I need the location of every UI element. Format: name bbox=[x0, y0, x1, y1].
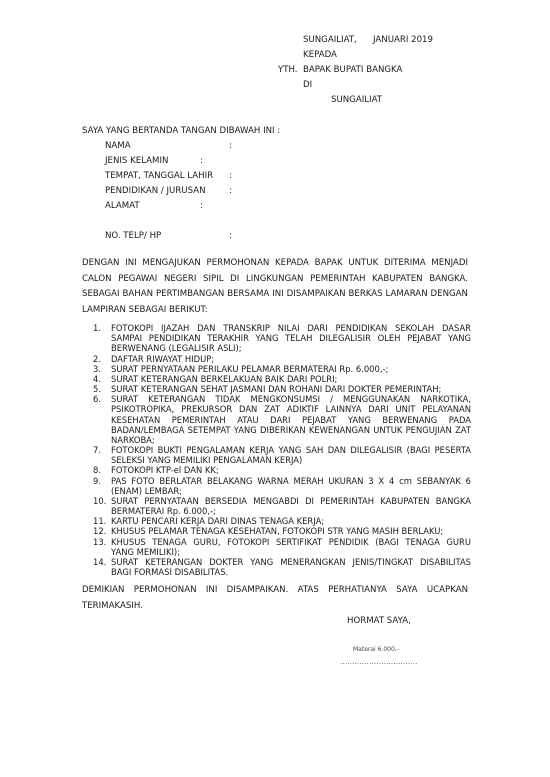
stamp-note: Materai 6.000,- bbox=[353, 646, 399, 653]
signature-line: ................................ bbox=[340, 658, 418, 666]
attachment-number: 9. bbox=[93, 476, 101, 486]
attachment-item: 9.PAS FOTO BERLATAR BELAKANG WARNA MERAH… bbox=[93, 476, 471, 496]
attachment-line: BAGI FORMASI DISABILITAS. bbox=[111, 567, 471, 577]
attachment-line: FOTOKOPI BUKTI PENGALAMAN KERJA YANG SAH… bbox=[111, 445, 471, 455]
attachment-item: 6.SURAT KETERANGAN TIDAK MENGKONSUMSI / … bbox=[93, 394, 471, 445]
recipient-city: SUNGAILIAT bbox=[331, 93, 382, 108]
attachment-number: 5. bbox=[93, 384, 101, 394]
attachment-item: 12.KHUSUS PELAMAR TENAGA KESEHATAN, FOTO… bbox=[93, 526, 471, 536]
attachment-text: KHUSUS PELAMAR TENAGA KESEHATAN, FOTOKOP… bbox=[111, 526, 471, 536]
field-sep: : bbox=[229, 229, 232, 244]
attachment-line: BERWENANG (LEGALISIR ASLI); bbox=[111, 343, 471, 353]
attachment-number: 4. bbox=[93, 374, 101, 384]
closing-line: TERIMAKASIH. bbox=[82, 599, 468, 615]
attachment-line: SURAT PERNYATAAN PERILAKU PELAMAR BERMAT… bbox=[111, 364, 471, 374]
attachment-line: SURAT KETERANGAN BERKELAKUAN BAIK DARI P… bbox=[111, 374, 471, 384]
to-label: KEPADA bbox=[303, 48, 337, 63]
attachment-line: KARTU PENCARI KERJA DARI DINAS TENAGA KE… bbox=[111, 516, 471, 526]
body-line: SEBAGAI BAHAN PERTIMBANGAN BERSAMA INI D… bbox=[82, 287, 468, 303]
attachment-line: BERMATERAI Rp. 6.000,-; bbox=[111, 506, 471, 516]
body-line: CALON PEGAWAI NEGERI SIPIL DI LINGKUNGAN… bbox=[82, 272, 468, 288]
place-date: SUNGAILIAT, bbox=[303, 33, 357, 48]
attachment-number: 1. bbox=[93, 323, 101, 333]
attachment-item: 14.SURAT KETERANGAN DOKTER YANG MENERANG… bbox=[93, 557, 471, 577]
field-sep: : bbox=[229, 169, 232, 184]
field-label-gender: JENIS KELAMIN bbox=[105, 154, 168, 169]
body-line: LAMPIRAN SEBAGAI BERIKUT: bbox=[82, 303, 468, 319]
attachment-line: SURAT KETERANGAN SEHAT JASMANI DAN ROHAN… bbox=[111, 384, 471, 394]
attachment-number: 6. bbox=[93, 394, 101, 404]
field-sep: : bbox=[229, 184, 232, 199]
attachment-number: 12. bbox=[93, 526, 106, 536]
attachment-line: SURAT PERNYATAAN BERSEDIA MENGABDI DI PE… bbox=[111, 496, 471, 506]
attachment-text: FOTOKOPI KTP-el DAN KK; bbox=[111, 465, 471, 475]
attachment-line: PSIKOTROPIKA, PREKURSOR DAN ZAT ADIKTIF … bbox=[111, 404, 471, 414]
attachment-text: PAS FOTO BERLATAR BELAKANG WARNA MERAH U… bbox=[111, 476, 471, 496]
attachment-item: 5.SURAT KETERANGAN SEHAT JASMANI DAN ROH… bbox=[93, 384, 471, 394]
field-sep: : bbox=[200, 154, 203, 169]
attachment-text: DAFTAR RIWAYAT HIDUP; bbox=[111, 354, 471, 364]
attachment-item: 8.FOTOKOPI KTP-el DAN KK; bbox=[93, 465, 471, 475]
attachments-list: 1.FOTOKOPI IJAZAH DAN TRANSKRIP NILAI DA… bbox=[93, 323, 471, 577]
attachment-line: NARKOBA; bbox=[111, 435, 471, 445]
attachment-line: YANG MEMILIKI); bbox=[111, 547, 471, 557]
attachment-item: 1.FOTOKOPI IJAZAH DAN TRANSKRIP NILAI DA… bbox=[93, 323, 471, 354]
attachment-number: 8. bbox=[93, 465, 101, 475]
attachment-item: 11.KARTU PENCARI KERJA DARI DINAS TENAGA… bbox=[93, 516, 471, 526]
body-line: DENGAN INI MENGAJUKAN PERMOHONAN KEPADA … bbox=[82, 256, 468, 272]
attachment-text: FOTOKOPI BUKTI PENGALAMAN KERJA YANG SAH… bbox=[111, 445, 471, 465]
attachment-number: 13. bbox=[93, 537, 106, 547]
attachment-item: 7.FOTOKOPI BUKTI PENGALAMAN KERJA YANG S… bbox=[93, 445, 471, 465]
attachment-number: 11. bbox=[93, 516, 106, 526]
attachment-line: FOTOKOPI IJAZAH DAN TRANSKRIP NILAI DARI… bbox=[111, 323, 471, 333]
attachment-text: SURAT KETERANGAN SEHAT JASMANI DAN ROHAN… bbox=[111, 384, 471, 394]
yth-label: YTH. bbox=[278, 63, 298, 78]
attachment-text: SURAT KETERANGAN DOKTER YANG MENERANGKAN… bbox=[111, 557, 471, 577]
closing-paragraph: DEMIKIAN PERMOHONAN INI DISAMPAIKAN. ATA… bbox=[82, 583, 468, 614]
field-sep: : bbox=[200, 199, 203, 214]
attachment-item: 13.KHUSUS TENAGA GURU, FOTOKOPI SERTIFIK… bbox=[93, 537, 471, 557]
attachment-number: 7. bbox=[93, 445, 101, 455]
attachment-number: 14. bbox=[93, 557, 106, 567]
attachment-text: SURAT KETERANGAN BERKELAKUAN BAIK DARI P… bbox=[111, 374, 471, 384]
field-label-birth: TEMPAT, TANGGAL LAHIR bbox=[105, 169, 213, 184]
attachment-text: KARTU PENCARI KERJA DARI DINAS TENAGA KE… bbox=[111, 516, 471, 526]
attachment-line: KESEHATAN PEMERINTAH ATAU DARI PEJABAT Y… bbox=[111, 415, 471, 425]
attachment-number: 3. bbox=[93, 364, 101, 374]
attachment-line: SELEKSI YANG MEMILIKI PENGALAMAN KERJA) bbox=[111, 455, 471, 465]
di-label: DI bbox=[303, 78, 312, 93]
recipient: BAPAK BUPATI BANGKA bbox=[303, 63, 402, 78]
attachment-number: 10. bbox=[93, 496, 106, 506]
attachment-text: KHUSUS TENAGA GURU, FOTOKOPI SERTIFIKAT … bbox=[111, 537, 471, 557]
attachment-line: (ENAM) LEMBAR; bbox=[111, 486, 471, 496]
field-label-address: ALAMAT bbox=[105, 199, 140, 214]
attachment-line: PAS FOTO BERLATAR BELAKANG WARNA MERAH U… bbox=[111, 476, 471, 486]
attachment-line: KHUSUS TENAGA GURU, FOTOKOPI SERTIFIKAT … bbox=[111, 537, 471, 547]
attachment-text: SURAT KETERANGAN TIDAK MENGKONSUMSI / ME… bbox=[111, 394, 471, 445]
attachment-line: SAMPAI PENDIDIKAN TERAKHIR YANG TELAH DI… bbox=[111, 333, 471, 343]
attachment-line: DAFTAR RIWAYAT HIDUP; bbox=[111, 354, 471, 364]
attachment-line: FOTOKOPI KTP-el DAN KK; bbox=[111, 465, 471, 475]
attachment-number: 2. bbox=[93, 354, 101, 364]
attachment-line: SURAT KETERANGAN TIDAK MENGKONSUMSI / ME… bbox=[111, 394, 471, 404]
field-label-name: NAMA bbox=[105, 139, 131, 154]
attachment-text: SURAT PERNYATAAN BERSEDIA MENGABDI DI PE… bbox=[111, 496, 471, 516]
field-label-phone: NO. TELP/ HP bbox=[105, 229, 161, 244]
body-paragraph: DENGAN INI MENGAJUKAN PERMOHONAN KEPADA … bbox=[82, 256, 468, 318]
identity-intro: SAYA YANG BERTANDA TANGAN DIBAWAH INI : bbox=[82, 124, 280, 139]
attachment-item: 10.SURAT PERNYATAAN BERSEDIA MENGABDI DI… bbox=[93, 496, 471, 516]
regards: HORMAT SAYA, bbox=[347, 614, 411, 629]
closing-line: DEMIKIAN PERMOHONAN INI DISAMPAIKAN. ATA… bbox=[82, 583, 468, 599]
attachment-item: 3.SURAT PERNYATAAN PERILAKU PELAMAR BERM… bbox=[93, 364, 471, 374]
attachment-item: 4.SURAT KETERANGAN BERKELAKUAN BAIK DARI… bbox=[93, 374, 471, 384]
field-label-education: PENDIDIKAN / JURUSAN bbox=[105, 184, 206, 199]
attachment-line: BADAN/LEMBAGA SETEMPAT YANG DIBERIKAN KE… bbox=[111, 425, 471, 435]
attachment-line: SURAT KETERANGAN DOKTER YANG MENERANGKAN… bbox=[111, 557, 471, 567]
attachment-text: FOTOKOPI IJAZAH DAN TRANSKRIP NILAI DARI… bbox=[111, 323, 471, 354]
attachment-line: KHUSUS PELAMAR TENAGA KESEHATAN, FOTOKOP… bbox=[111, 526, 471, 536]
attachment-item: 2.DAFTAR RIWAYAT HIDUP; bbox=[93, 354, 471, 364]
month-year: JANUARI 2019 bbox=[373, 33, 433, 48]
field-sep: : bbox=[229, 139, 232, 154]
attachment-text: SURAT PERNYATAAN PERILAKU PELAMAR BERMAT… bbox=[111, 364, 471, 374]
